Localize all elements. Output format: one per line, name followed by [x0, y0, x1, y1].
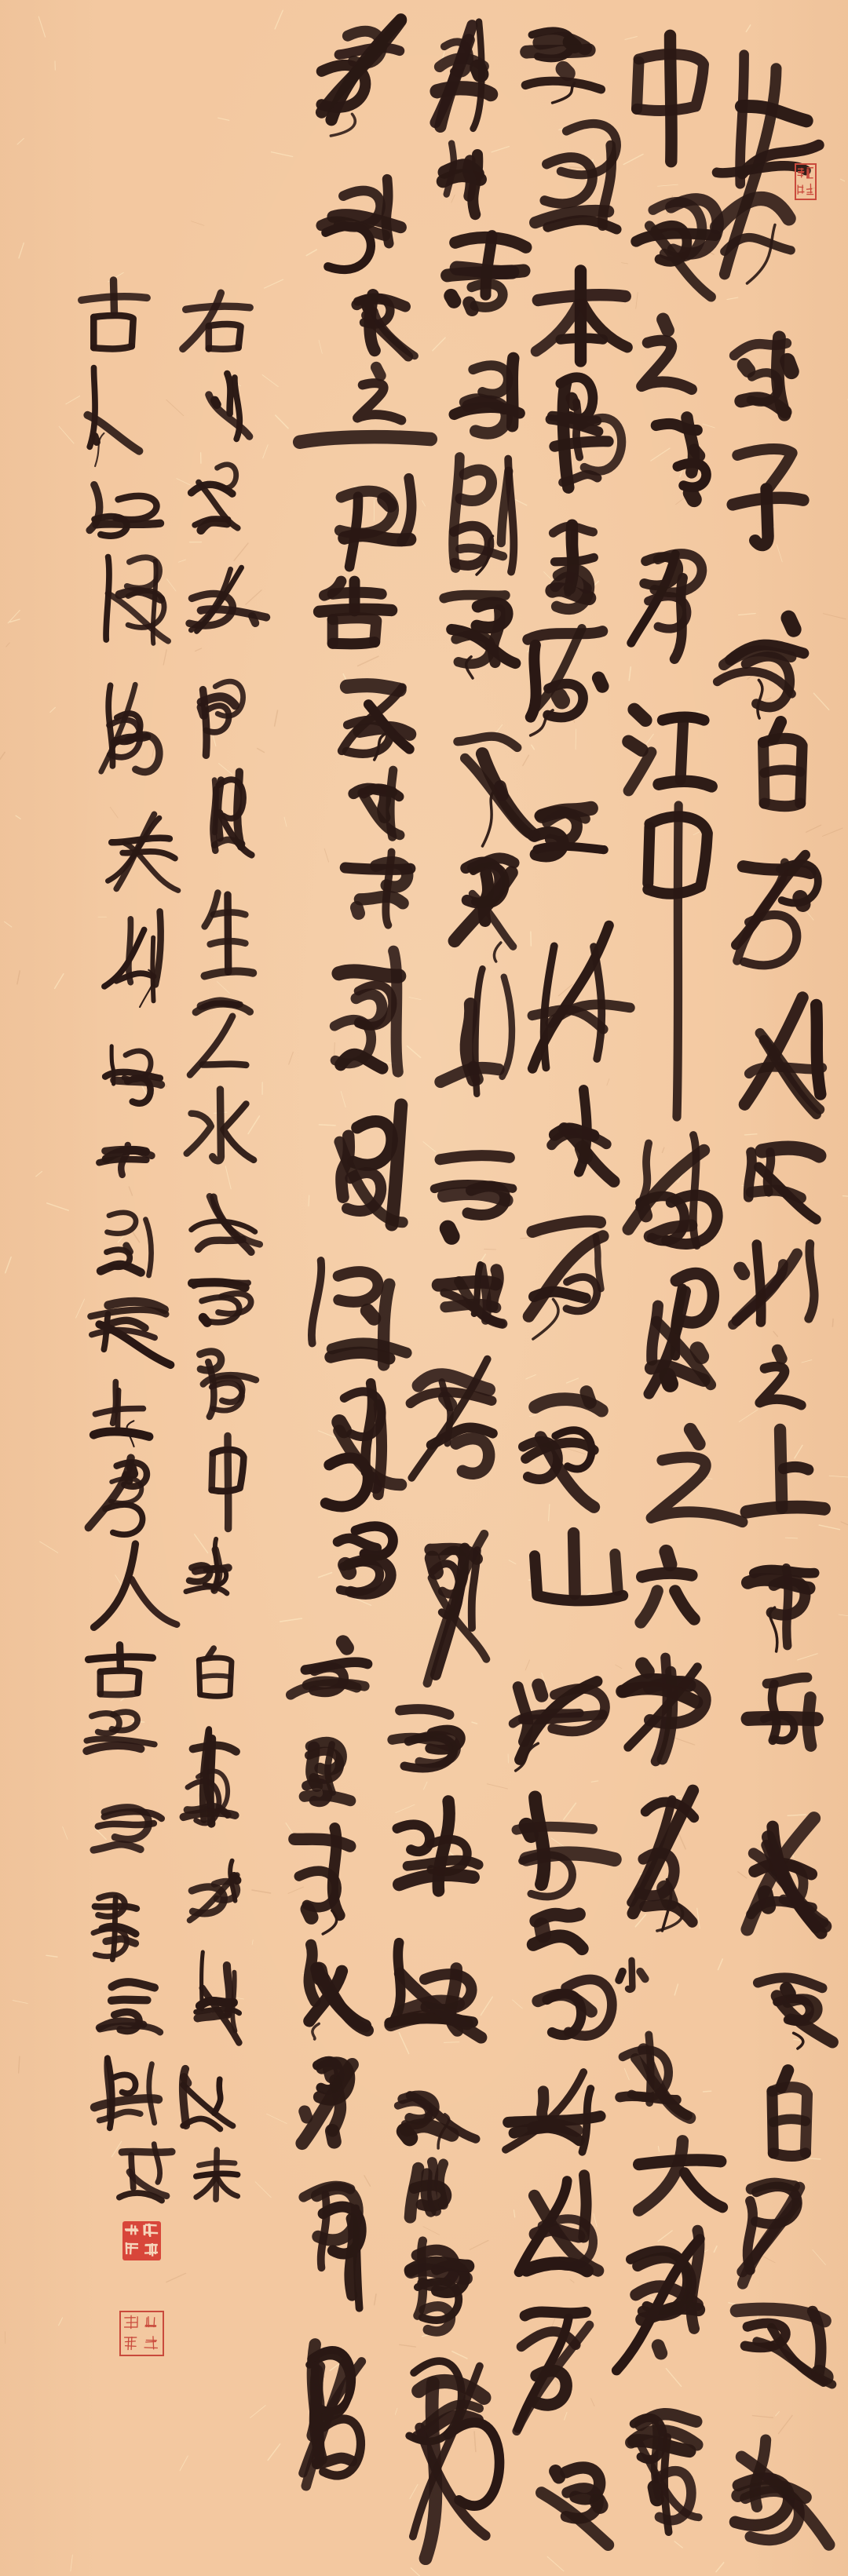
calligraphy-character: 白	[751, 719, 813, 817]
brush-strokes	[712, 29, 824, 283]
calligraphy-character: 泛	[313, 1520, 404, 1617]
brush-strokes	[638, 1425, 747, 1528]
colophon-character: 院	[102, 2143, 175, 2206]
main-text-column-4: 危 宵 當 新 飯 含 紛 為 鳴 搖 向 雲 端 伏 攀 將 陰 以 鐵 索	[0, 0, 848, 2576]
calligraphy-character: 含	[439, 587, 523, 678]
brush-strokes	[287, 1822, 373, 1934]
calligraphy-character: 之	[351, 365, 404, 424]
brush-strokes	[194, 1346, 259, 1422]
calligraphy-character: 為	[452, 850, 523, 961]
calligraphy-character: 宇	[523, 801, 614, 899]
calligraphy-character: 如	[729, 2176, 824, 2290]
brush-strokes	[543, 369, 621, 505]
main-text-column-3: 彌 湧 本 菊 客 飛 宇 秋 色 海 島 山 梧 桃 李 思 為 伴 君	[0, 0, 848, 2576]
calligraphy-character: 嬪	[737, 1782, 828, 1945]
calligraphy-character: 夕	[631, 407, 726, 513]
brush-strokes	[509, 2158, 607, 2280]
brush-strokes	[298, 1257, 414, 1372]
brush-strokes	[178, 1723, 249, 1851]
brush-strokes	[627, 2393, 704, 2541]
main-text-column-5: 晚 兒 承 之 一 郎 告 我 乃 亦 難 遠 把 舉 泛 落 老 者 悵 道 …	[0, 0, 848, 2576]
calligraphy-character: 秋	[523, 916, 635, 1076]
calligraphy-character: 素	[294, 2181, 373, 2313]
brush-strokes	[82, 1643, 157, 1698]
colophon-character: 曦	[183, 559, 269, 646]
calligraphy-character: 告	[313, 578, 397, 649]
brush-strokes	[351, 365, 404, 424]
calligraphy-character: 拋	[719, 305, 810, 434]
main-text-column-1: 過 拋 子 奚 白 露 覺 初 夜 之 上 來 要 嬪 流 白 如 何 鏡	[0, 0, 848, 2576]
brush-strokes	[86, 1130, 161, 1198]
brush-strokes	[337, 673, 421, 760]
brush-strokes	[294, 2327, 377, 2492]
brush-strokes	[320, 1096, 414, 1249]
brush-strokes	[320, 940, 407, 1076]
brush-strokes	[505, 1372, 607, 1520]
colophon-character: 録	[185, 368, 259, 441]
brush-strokes	[298, 427, 432, 451]
seal-glyphs	[796, 165, 815, 199]
brush-strokes	[102, 2143, 175, 2206]
calligraphy-character: 色	[540, 1076, 617, 1187]
calligraphy-character: 響	[294, 2327, 377, 2492]
brush-strokes	[86, 1206, 157, 1278]
calligraphy-character: 宵	[425, 131, 495, 230]
colophon-character: 曹	[188, 452, 243, 542]
brush-strokes	[425, 131, 495, 230]
brush-strokes	[96, 670, 165, 778]
calligraphy-character: 紛	[445, 695, 540, 846]
colophon-character: 滇	[79, 364, 141, 466]
brush-strokes	[729, 2299, 838, 2388]
calligraphy-character: 老	[294, 1732, 361, 1814]
brush-strokes	[439, 451, 523, 575]
brush-strokes	[726, 440, 806, 552]
calligraphy-character: 彌	[516, 20, 607, 103]
main-text-column-2: 中 秋 之 夕 裡 江 中 移 我 之 六 飛 蓬 小 尺 大 醒 光	[0, 0, 848, 2576]
calligraphy-character: 鳴	[418, 965, 516, 1117]
brush-strokes	[320, 1376, 404, 1512]
calligraphy-character: 小	[614, 1959, 649, 1992]
colophon-character: 彝	[82, 1450, 161, 1534]
brush-strokes	[313, 578, 397, 649]
calligraphy-character: 索	[397, 2351, 495, 2564]
colophon-character: 鎮	[82, 1702, 161, 1779]
colophon-character: 安	[98, 553, 173, 651]
colophon-character: 敬	[98, 1018, 169, 1122]
brush-strokes	[516, 107, 628, 254]
calligraphy-character: 承	[347, 283, 418, 361]
brush-strokes	[386, 1692, 473, 1771]
calligraphy-character: 亦	[341, 850, 418, 932]
brush-strokes	[404, 2238, 491, 2346]
calligraphy-character: 秋	[631, 173, 722, 312]
calligraphy-character: 將	[382, 1940, 488, 2044]
brush-strokes	[428, 16, 495, 131]
seal-stamp-upper-right	[795, 163, 817, 200]
brush-strokes	[82, 1791, 165, 1871]
brush-strokes	[631, 2138, 726, 2213]
brush-strokes	[634, 805, 719, 1117]
calligraphy-character: 當	[432, 230, 530, 328]
calligraphy-character: 飛	[607, 1651, 726, 1766]
brush-strokes	[432, 230, 530, 328]
colophon-character: 秋	[183, 1534, 246, 1607]
colophon-character: 白	[188, 1647, 241, 1702]
calligraphy-character: 菊	[543, 369, 621, 505]
colophon-character: 癸	[186, 1855, 257, 1931]
calligraphy-character: 遠	[320, 1096, 414, 1249]
calligraphy-character: 飛	[523, 620, 614, 735]
calligraphy-character: 過	[712, 29, 824, 283]
brush-strokes	[631, 407, 726, 513]
brush-strokes	[740, 982, 828, 1130]
calligraphy-character: 危	[428, 16, 495, 131]
brush-strokes	[404, 1348, 505, 1491]
calligraphy-character: 向	[435, 1261, 505, 1335]
brush-strokes	[98, 1018, 169, 1122]
calligraphy-character: 梧	[502, 1651, 610, 1771]
colophon-character: 先	[207, 769, 257, 874]
brush-strokes	[183, 559, 269, 646]
brush-strokes	[204, 1434, 251, 1531]
brush-strokes	[86, 1374, 157, 1447]
brush-strokes	[761, 2067, 817, 2167]
calligraphy-character: 陰	[386, 2053, 481, 2148]
calligraphy-character: 移	[624, 1122, 719, 1252]
brush-strokes	[738, 1140, 822, 1227]
paper-texture	[0, 0, 848, 2576]
brush-strokes	[729, 2176, 824, 2290]
calligraphy-character: 悵	[294, 1943, 373, 2039]
brush-strokes	[516, 1195, 614, 1339]
brush-strokes	[452, 850, 523, 961]
colophon-character: 於	[86, 1206, 157, 1278]
brush-strokes	[445, 695, 540, 846]
calligraphy-character: 之	[754, 1348, 803, 1409]
calligraphy-character: 要	[740, 1668, 835, 1775]
brush-strokes	[79, 364, 141, 466]
calligraphy-character: 六	[634, 1549, 698, 1627]
brush-strokes	[740, 1421, 828, 1524]
brush-strokes	[82, 1450, 161, 1534]
calligraphy-character: 湧	[516, 107, 628, 254]
brush-strokes	[183, 1534, 246, 1607]
brush-strokes	[188, 1274, 261, 1338]
calligraphy-character: 思	[502, 2067, 610, 2162]
brush-strokes	[621, 1775, 708, 1931]
calligraphy-character: 乃	[351, 768, 404, 846]
colophon-character: 卯	[191, 1947, 241, 2051]
calligraphy-character: 之	[634, 316, 694, 394]
brush-strokes	[610, 2006, 698, 2129]
brush-strokes	[175, 2063, 241, 2135]
colophon-character: 弁	[96, 670, 165, 778]
brush-strokes	[185, 368, 259, 441]
calligraphy-character: 醒	[610, 2224, 719, 2379]
brush-strokes	[181, 1086, 257, 1166]
calligraphy-character: 本	[530, 267, 631, 365]
calligraphy-character: 光	[627, 2393, 704, 2541]
calligraphy-character: 攀	[386, 1787, 488, 1903]
colophon-column-2: 古 滇 姚 安 弁 傑 楊 敬 録 於 楚 雄 彝 人 古 鎮 唐 塔 書 畫 …	[0, 0, 848, 2576]
calligraphy-character: 郎	[320, 464, 425, 575]
calligraphy-character: 上	[740, 1421, 828, 1524]
brush-strokes	[614, 546, 719, 666]
brush-strokes	[386, 1787, 488, 1903]
calligraphy-character: 把	[298, 1257, 414, 1372]
brush-strokes	[445, 349, 523, 435]
brush-strokes	[178, 290, 254, 354]
calligraphy-character: 鏡	[721, 2412, 843, 2557]
colophon-character: 雄	[86, 1374, 157, 1447]
brush-strokes	[721, 2412, 843, 2557]
seal-stamp-signature-white-text	[122, 2221, 161, 2260]
calligraphy-character: 伏	[386, 1692, 473, 1771]
calligraphy-character: 飯	[439, 451, 523, 575]
brush-strokes	[744, 1536, 824, 1651]
brush-strokes	[509, 1775, 624, 1903]
brush-strokes	[382, 1940, 488, 2044]
calligraphy-character: 為	[509, 2158, 607, 2280]
calligraphy-character: 夜	[722, 1235, 832, 1340]
colophon-character: 中	[204, 1434, 251, 1531]
brush-strokes	[509, 2290, 607, 2436]
calligraphy-character: 以	[400, 2158, 481, 2228]
calligraphy-character: 何	[729, 2299, 838, 2388]
brush-strokes	[744, 1959, 838, 2049]
calligraphy-character: 難	[320, 940, 407, 1076]
calligraphy-character: 搖	[418, 1142, 516, 1249]
brush-strokes	[90, 1967, 165, 2043]
calligraphy-character: 中	[634, 805, 719, 1117]
brush-strokes	[516, 1898, 607, 2044]
brush-strokes	[207, 769, 257, 874]
colophon-character: 楚	[82, 1290, 173, 1370]
calligraphy-character: 來	[744, 1536, 824, 1651]
calligra phy-character: 端	[424, 1512, 491, 1688]
colophon-character: 畫	[90, 2051, 161, 2135]
seal-glyphs	[121, 2312, 163, 2355]
colophon-character: 塔	[86, 1887, 157, 1963]
brush-strokes	[82, 1702, 161, 1779]
brush-strokes	[341, 850, 418, 932]
brush-strokes	[192, 2147, 239, 2202]
brush-strokes	[711, 565, 809, 718]
colophon-character: 歌	[188, 1274, 261, 1338]
brush-strokes	[285, 1626, 377, 1727]
brush-strokes	[540, 1076, 617, 1187]
brush-strokes	[347, 283, 418, 361]
colophon-character: 唐	[82, 1791, 165, 1871]
brush-strokes	[313, 1520, 404, 1617]
brush-strokes	[523, 801, 614, 899]
brush-strokes	[737, 1782, 828, 1945]
colophon-character: 宏	[188, 664, 246, 758]
brush-strokes	[751, 719, 813, 817]
colophon-character: 古	[82, 1643, 157, 1698]
colophon-character: 調	[186, 1174, 261, 1258]
brush-strokes	[509, 1528, 638, 1615]
calligraphy-character: 鐵	[404, 2238, 491, 2346]
colophon-character: 露	[178, 1723, 249, 1851]
brush-strokes	[722, 1235, 832, 1340]
brush-strokes	[400, 2158, 481, 2228]
brush-strokes	[186, 1855, 257, 1931]
calligraphy-character: 之	[638, 1425, 747, 1528]
colophon-character: 録	[86, 1130, 161, 1198]
calligraphy-scroll: 過 拋 子 奚 白 露 覺 初 夜 之 上 來 要 嬪 流 白 如 何 鏡 中 …	[0, 0, 848, 2576]
calligraphy-character: 奚	[711, 565, 809, 718]
calligraphy-character: 客	[540, 505, 607, 615]
brush-strokes	[439, 587, 523, 678]
brush-strokes	[188, 664, 246, 758]
calligraphy-character: 流	[744, 1959, 838, 2049]
seal-glyphs	[122, 2221, 161, 2260]
calligraphy-character: 江	[621, 695, 715, 801]
colophon-character: 人	[86, 1538, 181, 1631]
calligraphy-character: 伴	[509, 2290, 607, 2436]
brush-strokes	[418, 965, 516, 1117]
brush-strokes	[397, 2351, 495, 2564]
brush-strokes	[530, 2454, 611, 2556]
brush-strokes	[418, 1142, 516, 1249]
calligraphy-character: 裡	[614, 546, 719, 666]
colophon-character: 生	[200, 887, 255, 986]
calligraphy-character: 我	[641, 1265, 719, 1401]
brush-strokes	[188, 452, 243, 542]
colophon-character: 古	[75, 277, 152, 354]
seal-stamp-signature-red-text	[119, 2311, 164, 2356]
brush-strokes	[200, 887, 255, 986]
calligraphy-character: 一	[298, 427, 432, 451]
calligraphy-character: 舉	[320, 1376, 404, 1512]
brush-strokes	[624, 1122, 719, 1252]
brush-strokes	[516, 20, 607, 103]
brush-strokes	[351, 768, 404, 846]
brush-strokes	[294, 1943, 373, 2039]
brush-strokes	[607, 1651, 726, 1766]
brush-strokes	[313, 8, 414, 136]
brush-strokes	[188, 1647, 241, 1702]
brush-strokes	[634, 1549, 698, 1627]
brush-strokes	[75, 277, 152, 354]
brush-strokes	[90, 2051, 161, 2135]
calligraphy-character: 君	[530, 2454, 611, 2556]
calligraphy-character: 蓬	[621, 1775, 708, 1931]
brush-strokes	[435, 1261, 505, 1335]
brush-strokes	[719, 305, 810, 434]
colophon-character: 書	[90, 1967, 165, 2043]
calligraphy-character: 島	[505, 1372, 607, 1520]
brush-strokes	[79, 471, 169, 543]
calligraphy-character: 新	[445, 349, 523, 435]
brush-strokes	[540, 505, 607, 615]
calligraphy-character: 雲	[404, 1348, 505, 1491]
brush-strokes	[82, 1290, 173, 1370]
colophon-character: 傑	[102, 796, 188, 899]
brush-strokes	[610, 2224, 719, 2379]
calligraphy-character: 道	[294, 2044, 365, 2167]
brush-strokes	[94, 908, 177, 1007]
calligraphy-character: 山	[509, 1528, 638, 1615]
brush-strokes	[502, 2067, 610, 2162]
calligraphy-character: 兒	[313, 156, 414, 283]
brush-strokes	[614, 1959, 649, 1992]
brush-strokes	[523, 916, 635, 1076]
calligraphy-character: 子	[726, 440, 806, 552]
brush-strokes	[86, 1538, 181, 1631]
calligraphy-character: 落	[285, 1626, 377, 1727]
calligraphy-character: 大	[631, 2138, 726, 2213]
calligraphy-character: 中	[621, 33, 719, 164]
colophon-character: 楊	[94, 908, 177, 1007]
colophon-character: 水	[181, 1086, 257, 1166]
calligraphy-character: 初	[738, 1140, 822, 1227]
calligraphy-character: 海	[516, 1195, 614, 1339]
brush-strokes	[740, 1668, 835, 1775]
brush-strokes	[754, 1348, 803, 1409]
calligraphy-character: 桃	[509, 1775, 624, 1903]
brush-strokes	[523, 620, 614, 735]
brush-strokes	[641, 1265, 719, 1401]
brush-strokes	[320, 464, 425, 575]
brush-strokes	[294, 2181, 373, 2313]
brush-strokes	[313, 156, 414, 283]
calligraphy-character: 覺	[740, 982, 828, 1130]
brush-strokes	[631, 173, 722, 312]
calligraphy-character: 李	[516, 1898, 607, 2044]
calligraphy-character: 者	[287, 1822, 373, 1934]
brush-strokes	[722, 817, 835, 969]
brush-strokes	[191, 1947, 241, 2051]
colophon-character: 末	[192, 2147, 239, 2202]
colophon-character: 右	[178, 290, 254, 354]
brush-strokes	[621, 33, 719, 164]
brush-strokes	[98, 553, 173, 651]
brush-strokes	[102, 796, 188, 899]
colophon-column-1: 右 録 曹 曦 宏 先 生 詞 水 調 歌 頭 中 秋 白 露 癸 卯 歲 末	[0, 0, 848, 2576]
brush-strokes	[621, 695, 715, 801]
colophon-character: 歲	[175, 2063, 241, 2135]
brush-strokes	[86, 1887, 157, 1963]
brush-strokes	[294, 2044, 365, 2167]
brush-strokes	[186, 1002, 257, 1078]
calligraphy-character: 晚	[313, 8, 414, 136]
colophon-character: 詞	[186, 1002, 257, 1078]
calligraphy-character: 尺	[610, 2006, 698, 2129]
brush-strokes	[634, 316, 694, 394]
colophon-character: 頭	[194, 1346, 259, 1422]
brush-strokes	[424, 1512, 491, 1688]
brush-strokes	[530, 267, 631, 365]
brush-strokes	[502, 1651, 610, 1771]
calligraphy-character: 白	[761, 2067, 817, 2167]
calligraphy-character: 露	[722, 817, 835, 969]
brush-strokes	[386, 2053, 481, 2148]
brush-strokes	[186, 1174, 261, 1258]
colophon-character: 姚	[79, 471, 169, 543]
calligraphy-character: 我	[337, 673, 421, 760]
brush-strokes	[294, 1732, 361, 1814]
